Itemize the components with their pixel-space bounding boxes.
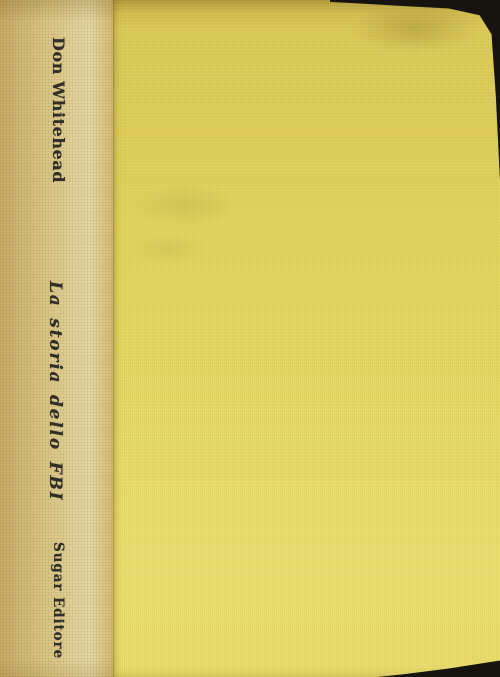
book-front-cover: [113, 0, 500, 677]
spine-title-text: La storia dello FBI: [46, 281, 63, 501]
book-spine: Don Whitehead La storia dello FBI Sugar …: [0, 0, 113, 677]
book-photo: Don Whitehead La storia dello FBI Sugar …: [0, 0, 500, 677]
spine-publisher-text: Sugar Editore: [51, 542, 65, 659]
spine-author-text: Don Whitehead: [50, 37, 66, 183]
